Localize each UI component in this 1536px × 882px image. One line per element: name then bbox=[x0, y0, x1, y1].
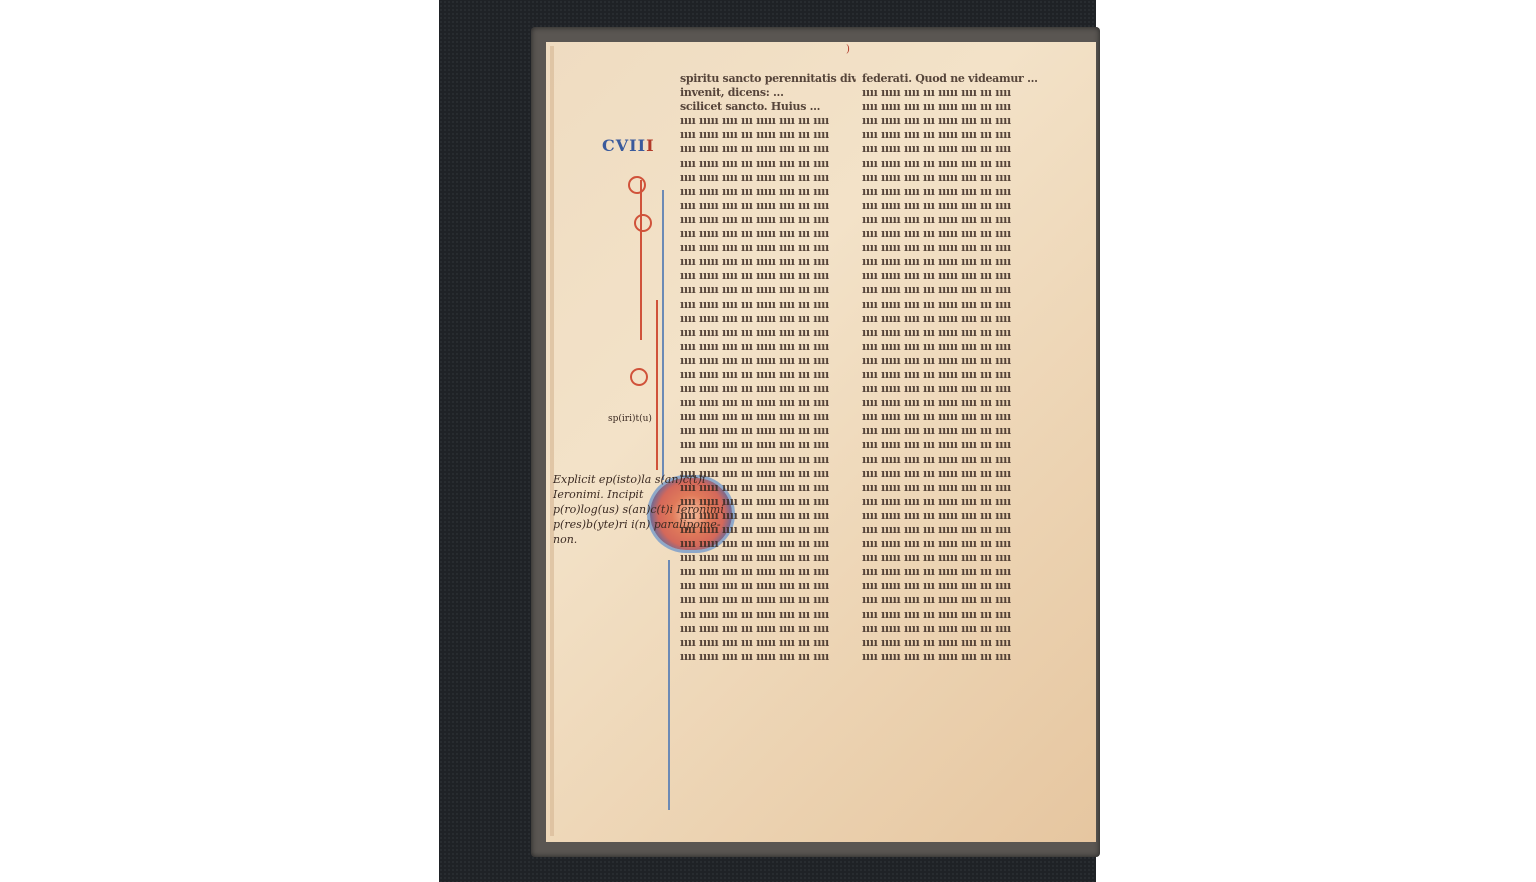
manuscript-line: ıııı ııııı ıııı ııı ııııı ıııı ııı ıııı bbox=[680, 608, 856, 622]
manuscript-line: ıııı ııııı ıııı ııı ııııı ıııı ııı ıııı bbox=[862, 128, 1040, 142]
manuscript-line: ıııı ııııı ıııı ııı ııııı ıııı ııı ıııı bbox=[680, 481, 856, 495]
marginal-note: sp(iri)t(u) bbox=[608, 414, 652, 424]
manuscript-line: ıııı ııııı ıııı ııı ııııı ıııı ııı ıııı bbox=[680, 326, 856, 340]
manuscript-line: ıııı ııııı ıııı ııı ııııı ıııı ııı ıııı bbox=[680, 396, 856, 410]
manuscript-line: ıııı ııııı ıııı ııı ııııı ıııı ııı ıııı bbox=[680, 424, 856, 438]
manuscript-line: ıııı ııııı ıııı ııı ııııı ıııı ııı ıııı bbox=[862, 382, 1040, 396]
foliation-mark: ) bbox=[846, 44, 850, 55]
manuscript-line: ıııı ııııı ıııı ııı ııııı ıııı ııı ıııı bbox=[862, 157, 1040, 171]
manuscript-line: ıııı ııııı ıııı ııı ııııı ıııı ııı ıııı bbox=[680, 255, 856, 269]
manuscript-line: invenit, dicens: ... bbox=[680, 86, 856, 100]
folio-number: CVIII bbox=[602, 136, 655, 155]
manuscript-line: ıııı ııııı ıııı ııı ııııı ıııı ııı ıııı bbox=[680, 213, 856, 227]
manuscript-line: ıııı ııııı ıııı ııı ııııı ıııı ııı ıııı bbox=[862, 326, 1040, 340]
manuscript-line: ıııı ııııı ıııı ııı ııııı ıııı ııı ıııı bbox=[862, 467, 1040, 481]
manuscript-line: ıııı ııııı ıııı ııı ııııı ıııı ııı ıııı bbox=[862, 312, 1040, 326]
manuscript-line: ıııı ııııı ıııı ııı ııııı ıııı ııı ıııı bbox=[862, 608, 1040, 622]
manuscript-line: ıııı ııııı ıııı ııı ııııı ıııı ııı ıııı bbox=[862, 185, 1040, 199]
manuscript-line: ıııı ııııı ıııı ııı ııııı ıııı ııı ıııı bbox=[862, 579, 1040, 593]
manuscript-line: ıııı ııııı ıııı ııı ııııı ıııı ııı ıııı bbox=[862, 368, 1040, 382]
manuscript-line: federati. Quod ne videamur ... bbox=[862, 72, 1040, 86]
penwork-flourish bbox=[668, 560, 670, 810]
manuscript-line: ıııı ııııı ıııı ııı ııııı ıııı ııı ıııı bbox=[862, 269, 1040, 283]
folio-number-red: I bbox=[646, 136, 654, 155]
manuscript-line: ıııı ııııı ıııı ııı ııııı ıııı ııı ıııı bbox=[862, 424, 1040, 438]
manuscript-line: ıııı ııııı ıııı ııı ııııı ıııı ııı ıııı bbox=[862, 636, 1040, 650]
manuscript-line: scilicet sancto. Huius ... bbox=[680, 100, 856, 114]
manuscript-line: ıııı ııııı ıııı ııı ııııı ıııı ııı ıııı bbox=[680, 579, 856, 593]
manuscript-line: ıııı ııııı ıııı ııı ııııı ıııı ııı ıııı bbox=[862, 495, 1040, 509]
manuscript-line: ıııı ııııı ıııı ııı ııııı ıııı ııı ıııı bbox=[680, 438, 856, 452]
manuscript-line: ıııı ııııı ıııı ııı ııııı ıııı ııı ıııı bbox=[680, 636, 856, 650]
manuscript-line: ıııı ııııı ıııı ııı ııııı ıııı ııı ıııı bbox=[680, 622, 856, 636]
manuscript-line: ıııı ııııı ıııı ııı ııııı ıııı ııı ıııı bbox=[680, 368, 856, 382]
penwork-flourish bbox=[640, 180, 642, 340]
manuscript-line: ıııı ııııı ıııı ııı ııııı ıııı ııı ıııı bbox=[862, 255, 1040, 269]
manuscript-line: ıııı ııııı ıııı ııı ııııı ıııı ııı ıııı bbox=[862, 523, 1040, 537]
manuscript-line: ıııı ııııı ıııı ııı ııııı ıııı ııı ıııı bbox=[862, 298, 1040, 312]
manuscript-line: ıııı ııııı ıııı ııı ııııı ıııı ııı ıııı bbox=[862, 453, 1040, 467]
manuscript-line: ıııı ııııı ıııı ııı ııııı ıııı ııı ıııı bbox=[862, 650, 1040, 664]
penwork-flourish bbox=[656, 300, 658, 470]
manuscript-line: ıııı ııııı ıııı ııı ııııı ıııı ııı ıııı bbox=[862, 410, 1040, 424]
penwork-flourish bbox=[662, 190, 664, 480]
manuscript-line: ıııı ııııı ıııı ııı ııııı ıııı ııı ıııı bbox=[680, 128, 856, 142]
manuscript-line: ıııı ııııı ıııı ııı ııııı ıııı ııı ıııı bbox=[680, 269, 856, 283]
manuscript-line: ıııı ııııı ıııı ııı ııııı ıııı ııı ıııı bbox=[862, 100, 1040, 114]
manuscript-line: ıııı ııııı ıııı ııı ııııı ıııı ııı ıııı bbox=[862, 438, 1040, 452]
manuscript-line: ıııı ııııı ıııı ııı ııııı ıııı ııı ıııı bbox=[680, 185, 856, 199]
flourish-loop bbox=[628, 176, 646, 194]
manuscript-line: ıııı ııııı ıııı ııı ııııı ıııı ııı ıııı bbox=[680, 227, 856, 241]
manuscript-line: ıııı ııııı ıııı ııı ııııı ıııı ııı ıııı bbox=[862, 199, 1040, 213]
manuscript-line: ıııı ııııı ıııı ııı ııııı ıııı ııı ıııı bbox=[680, 509, 856, 523]
manuscript-line: ıııı ııııı ıııı ııı ııııı ıııı ııı ıııı bbox=[680, 199, 856, 213]
manuscript-line: ıııı ııııı ıııı ııı ııııı ıııı ııı ıııı bbox=[680, 537, 856, 551]
manuscript-line: ıııı ııııı ıııı ııı ııııı ıııı ııı ıııı bbox=[680, 495, 856, 509]
manuscript-line: ıııı ııııı ıııı ııı ııııı ıııı ııı ıııı bbox=[680, 523, 856, 537]
manuscript-line: ıııı ııııı ıııı ııı ııııı ıııı ııı ıııı bbox=[680, 142, 856, 156]
manuscript-line: ıııı ııııı ıııı ııı ııııı ıııı ııı ıııı bbox=[680, 283, 856, 297]
manuscript-line: ıııı ııııı ıııı ııı ııııı ıııı ııı ıııı bbox=[680, 298, 856, 312]
manuscript-line: ıııı ııııı ıııı ııı ııııı ıııı ııı ıııı bbox=[680, 467, 856, 481]
manuscript-line: ıııı ııııı ıııı ııı ııııı ıııı ııı ıııı bbox=[680, 340, 856, 354]
flourish-loop bbox=[634, 214, 652, 232]
manuscript-line: ıııı ııııı ıııı ııı ııııı ıııı ııı ıııı bbox=[862, 551, 1040, 565]
manuscript-line: ıııı ııııı ıııı ııı ııııı ıııı ııı ıııı bbox=[680, 171, 856, 185]
manuscript-line: ıııı ııııı ıııı ııı ııııı ıııı ııı ıııı bbox=[680, 354, 856, 368]
manuscript-line: ıııı ııııı ıııı ııı ııııı ıııı ııı ıııı bbox=[680, 453, 856, 467]
manuscript-line: ıııı ııııı ıııı ııı ııııı ıııı ııı ıııı bbox=[862, 227, 1040, 241]
manuscript-line: ıııı ııııı ıııı ııı ııııı ıııı ııı ıııı bbox=[862, 396, 1040, 410]
manuscript-line: ıııı ııııı ıııı ııı ııııı ıııı ııı ıııı bbox=[680, 650, 856, 664]
manuscript-line: ıııı ııııı ıııı ııı ııııı ıııı ııı ıııı bbox=[862, 241, 1040, 255]
text-column-1: spiritu sancto perennitatis dives...inve… bbox=[680, 72, 856, 664]
manuscript-line: ıııı ııııı ıııı ııı ııııı ıııı ııı ıııı bbox=[680, 410, 856, 424]
folio-number-blue: CVII bbox=[602, 136, 646, 155]
manuscript-line: ıııı ııııı ıııı ııı ııııı ıııı ııı ıııı bbox=[862, 86, 1040, 100]
manuscript-line: ıııı ııııı ıııı ııı ııııı ıııı ııı ıııı bbox=[862, 354, 1040, 368]
manuscript-line: ıııı ııııı ıııı ııı ııııı ıııı ııı ıııı bbox=[862, 565, 1040, 579]
text-column-2: federati. Quod ne videamur ...ıııı ııııı… bbox=[862, 72, 1040, 664]
manuscript-line: spiritu sancto perennitatis dives... bbox=[680, 72, 856, 86]
manuscript-line: ıııı ııııı ıııı ııı ııııı ıııı ııı ıııı bbox=[680, 593, 856, 607]
manuscript-line: ıııı ııııı ıııı ııı ııııı ıııı ııı ıııı bbox=[680, 551, 856, 565]
manuscript-line: ıııı ııııı ıııı ııı ııııı ıııı ııı ıııı bbox=[862, 622, 1040, 636]
flourish-loop bbox=[630, 368, 648, 386]
manuscript-line: ıııı ııııı ıııı ııı ııııı ıııı ııı ıııı bbox=[862, 213, 1040, 227]
manuscript-line: ıııı ııııı ıııı ııı ııııı ıııı ııı ıııı bbox=[862, 537, 1040, 551]
manuscript-line: ıııı ııııı ıııı ııı ııııı ıııı ııı ıııı bbox=[680, 241, 856, 255]
manuscript-line: ıııı ııııı ıııı ııı ııııı ıııı ııı ıııı bbox=[680, 565, 856, 579]
manuscript-line: ıııı ııııı ıııı ııı ııııı ıııı ııı ıııı bbox=[862, 593, 1040, 607]
manuscript-line: ıııı ııııı ıııı ııı ııııı ıııı ııı ıııı bbox=[862, 340, 1040, 354]
manuscript-line: ıııı ııııı ıııı ııı ııııı ıııı ııı ıııı bbox=[680, 382, 856, 396]
manuscript-line: ıııı ııııı ıııı ııı ııııı ıııı ııı ıııı bbox=[862, 114, 1040, 128]
manuscript-line: ıııı ııııı ıııı ııı ııııı ıııı ııı ıııı bbox=[680, 157, 856, 171]
manuscript-line: ıııı ııııı ıııı ııı ııııı ıııı ııı ıııı bbox=[862, 509, 1040, 523]
manuscript-line: ıııı ııııı ıııı ııı ııııı ıııı ııı ıııı bbox=[862, 142, 1040, 156]
manuscript-line: ıııı ııııı ıııı ııı ııııı ıııı ııı ıııı bbox=[680, 114, 856, 128]
manuscript-line: ıııı ııııı ıııı ııı ııııı ıııı ııı ıııı bbox=[680, 312, 856, 326]
manuscript-line: ıııı ııııı ıııı ııı ııııı ıııı ııı ıııı bbox=[862, 171, 1040, 185]
manuscript-line: ıııı ııııı ıııı ııı ııııı ıııı ııı ıııı bbox=[862, 283, 1040, 297]
manuscript-line: ıııı ııııı ıııı ııı ııııı ıııı ııı ıııı bbox=[862, 481, 1040, 495]
